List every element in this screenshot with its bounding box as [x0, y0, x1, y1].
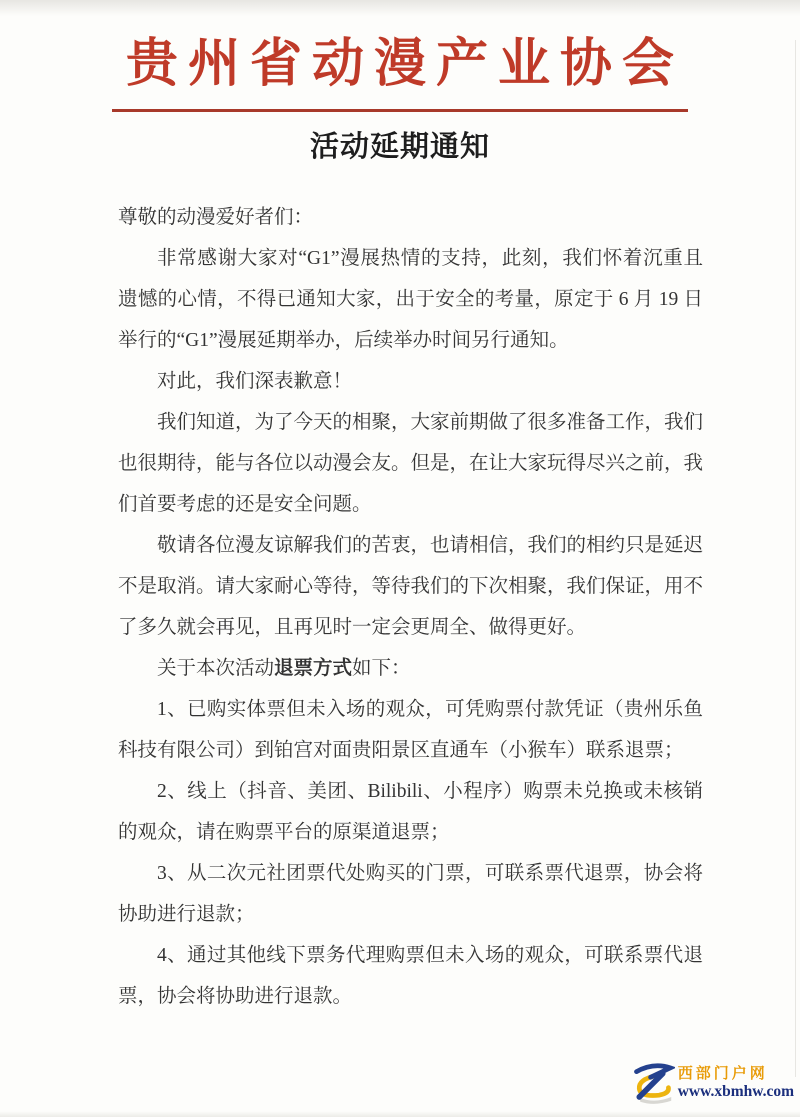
refund-item-2: 2、线上（抖音、美团、Bilibili、小程序）购票未兑换或未核销的观众，请在购…	[118, 771, 703, 853]
paragraph-promise: 敬请各位漫友谅解我们的苦衷，也请相信，我们的相约只是延迟不是取消。请大家耐心等待…	[118, 525, 703, 648]
site-logo-icon	[628, 1059, 675, 1105]
site-name: 西部门户网	[678, 1065, 768, 1083]
notice-body: 尊敬的动漫爱好者们： 非常感谢大家对“G1”漫展热情的支持，此刻，我们怀着沉重且…	[118, 197, 703, 1017]
watermark-text: 西部门户网 www.xbmhw.com	[678, 1065, 794, 1100]
refund-intro-suffix: 如下：	[352, 658, 411, 679]
refund-item-4: 4、通过其他线下票务代理购票但未入场的观众，可联系票代退票，协会将协助进行退款。	[118, 935, 703, 1017]
scanned-notice-page: 贵州省动漫产业协会 活动延期通知 尊敬的动漫爱好者们： 非常感谢大家对“G1”漫…	[0, 0, 800, 1117]
notice-title: 活动延期通知	[0, 126, 800, 170]
site-watermark: 西部门户网 www.xbmhw.com	[628, 1059, 794, 1105]
letterhead: 贵州省动漫产业协会 活动延期通知	[0, 34, 800, 170]
refund-intro-line: 关于本次活动退票方式如下：	[118, 648, 703, 689]
refund-item-3: 3、从二次元社团票代处购买的门票，可联系票代退票，协会将协助进行退款；	[118, 853, 703, 935]
paragraph-support: 非常感谢大家对“G1”漫展热情的支持，此刻，我们怀着沉重且遗憾的心情，不得已通知…	[118, 238, 703, 361]
scan-edge-bottom	[0, 1111, 800, 1117]
letterhead-divider	[112, 109, 688, 112]
site-url: www.xbmhw.com	[678, 1083, 794, 1100]
org-title: 贵州省动漫产业协会	[0, 34, 800, 96]
scan-edge-top	[0, 0, 800, 16]
scan-edge-right	[795, 40, 796, 1077]
refund-intro-prefix: 关于本次活动	[157, 658, 274, 679]
refund-method-term: 退票方式	[274, 658, 352, 679]
paragraph-preparation: 我们知道，为了今天的相聚，大家前期做了很多准备工作，我们也很期待，能与各位以动漫…	[118, 402, 703, 525]
refund-item-1: 1、已购实体票但未入场的观众，可凭购票付款凭证（贵州乐鱼科技有限公司）到铂宫对面…	[118, 689, 703, 771]
greeting-line: 尊敬的动漫爱好者们：	[118, 197, 703, 238]
paragraph-apology: 对此，我们深表歉意！	[118, 361, 703, 402]
